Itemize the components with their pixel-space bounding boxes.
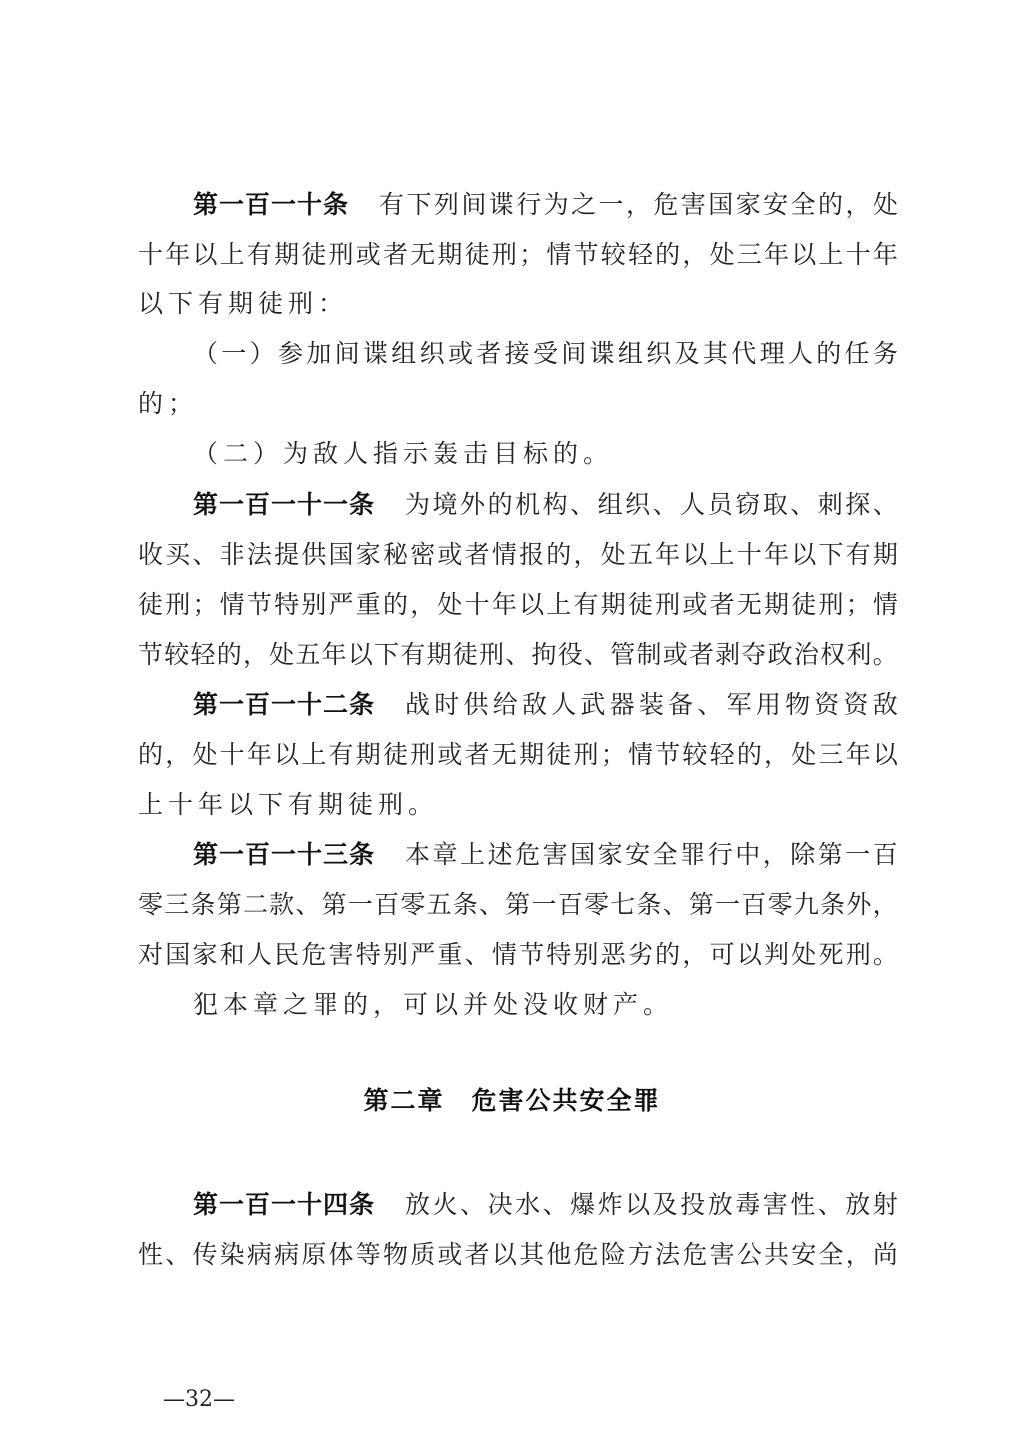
article-number: 第一百一十二条 xyxy=(193,687,375,723)
article-text: 战时供给敌人武器装备、军用物资资敌 xyxy=(405,687,898,723)
text-line: 性、传染病病原体等物质或者以其他危险方法危害公共安全，尚 xyxy=(138,1237,898,1273)
article-text: 为境外的机构、组织、人员窃取、刺探、 xyxy=(405,487,898,523)
article-number: 第一百一十四条 xyxy=(193,1187,375,1223)
article-number: 第一百一十一条 xyxy=(193,487,375,523)
text-line: 零三条第二款、第一百零五条、第一百零七条、第一百零九条外， xyxy=(138,887,898,923)
text-line: （一）参加间谍组织或者接受间谍组织及其代理人的任务 xyxy=(193,336,898,372)
chapter-heading: 第二章 危害公共安全罪 xyxy=(0,1083,1024,1119)
article-first-line: 第一百一十一条为境外的机构、组织、人员窃取、刺探、 xyxy=(193,487,898,523)
article-first-line: 第一百一十二条战时供给敌人武器装备、军用物资资敌 xyxy=(193,687,898,723)
text-line: 对国家和人民危害特别严重、情节特别恶劣的，可以判处死刑。 xyxy=(138,937,898,973)
text-line: 以下有期徒刑： xyxy=(138,286,898,322)
article-number: 第一百一十三条 xyxy=(193,837,375,873)
article-number: 第一百一十条 xyxy=(193,187,349,223)
text-line: 的； xyxy=(138,386,898,422)
text-line: 徒刑；情节特别严重的，处十年以上有期徒刑或者无期徒刑；情 xyxy=(138,587,898,623)
text-line: 收买、非法提供国家秘密或者情报的，处五年以上十年以下有期 xyxy=(138,537,898,573)
document-page: 第一百一十条有下列间谍行为之一，危害国家安全的，处十年以上有期徒刑或者无期徒刑；… xyxy=(0,0,1024,1448)
article-text: 放火、决水、爆炸以及投放毒害性、放射 xyxy=(405,1187,898,1223)
text-line: 的，处十年以上有期徒刑或者无期徒刑；情节较轻的，处三年以 xyxy=(138,737,898,773)
text-line: 十年以上有期徒刑或者无期徒刑；情节较轻的，处三年以上十年 xyxy=(138,237,898,273)
page-number: —32— xyxy=(163,1385,235,1415)
article-first-line: 第一百一十条有下列间谍行为之一，危害国家安全的，处 xyxy=(193,187,898,223)
article-first-line: 第一百一十四条放火、决水、爆炸以及投放毒害性、放射 xyxy=(193,1187,898,1223)
article-text: 本章上述危害国家安全罪行中，除第一百 xyxy=(405,837,898,873)
article-text: 有下列间谍行为之一，危害国家安全的，处 xyxy=(379,187,898,223)
article-first-line: 第一百一十三条本章上述危害国家安全罪行中，除第一百 xyxy=(193,837,898,873)
text-line: 节较轻的，处五年以下有期徒刑、拘役、管制或者剥夺政治权利。 xyxy=(138,637,898,673)
text-line: 上十年以下有期徒刑。 xyxy=(138,787,898,823)
text-line: 犯本章之罪的，可以并处没收财产。 xyxy=(193,987,898,1023)
text-line: （二）为敌人指示轰击目标的。 xyxy=(193,436,898,472)
